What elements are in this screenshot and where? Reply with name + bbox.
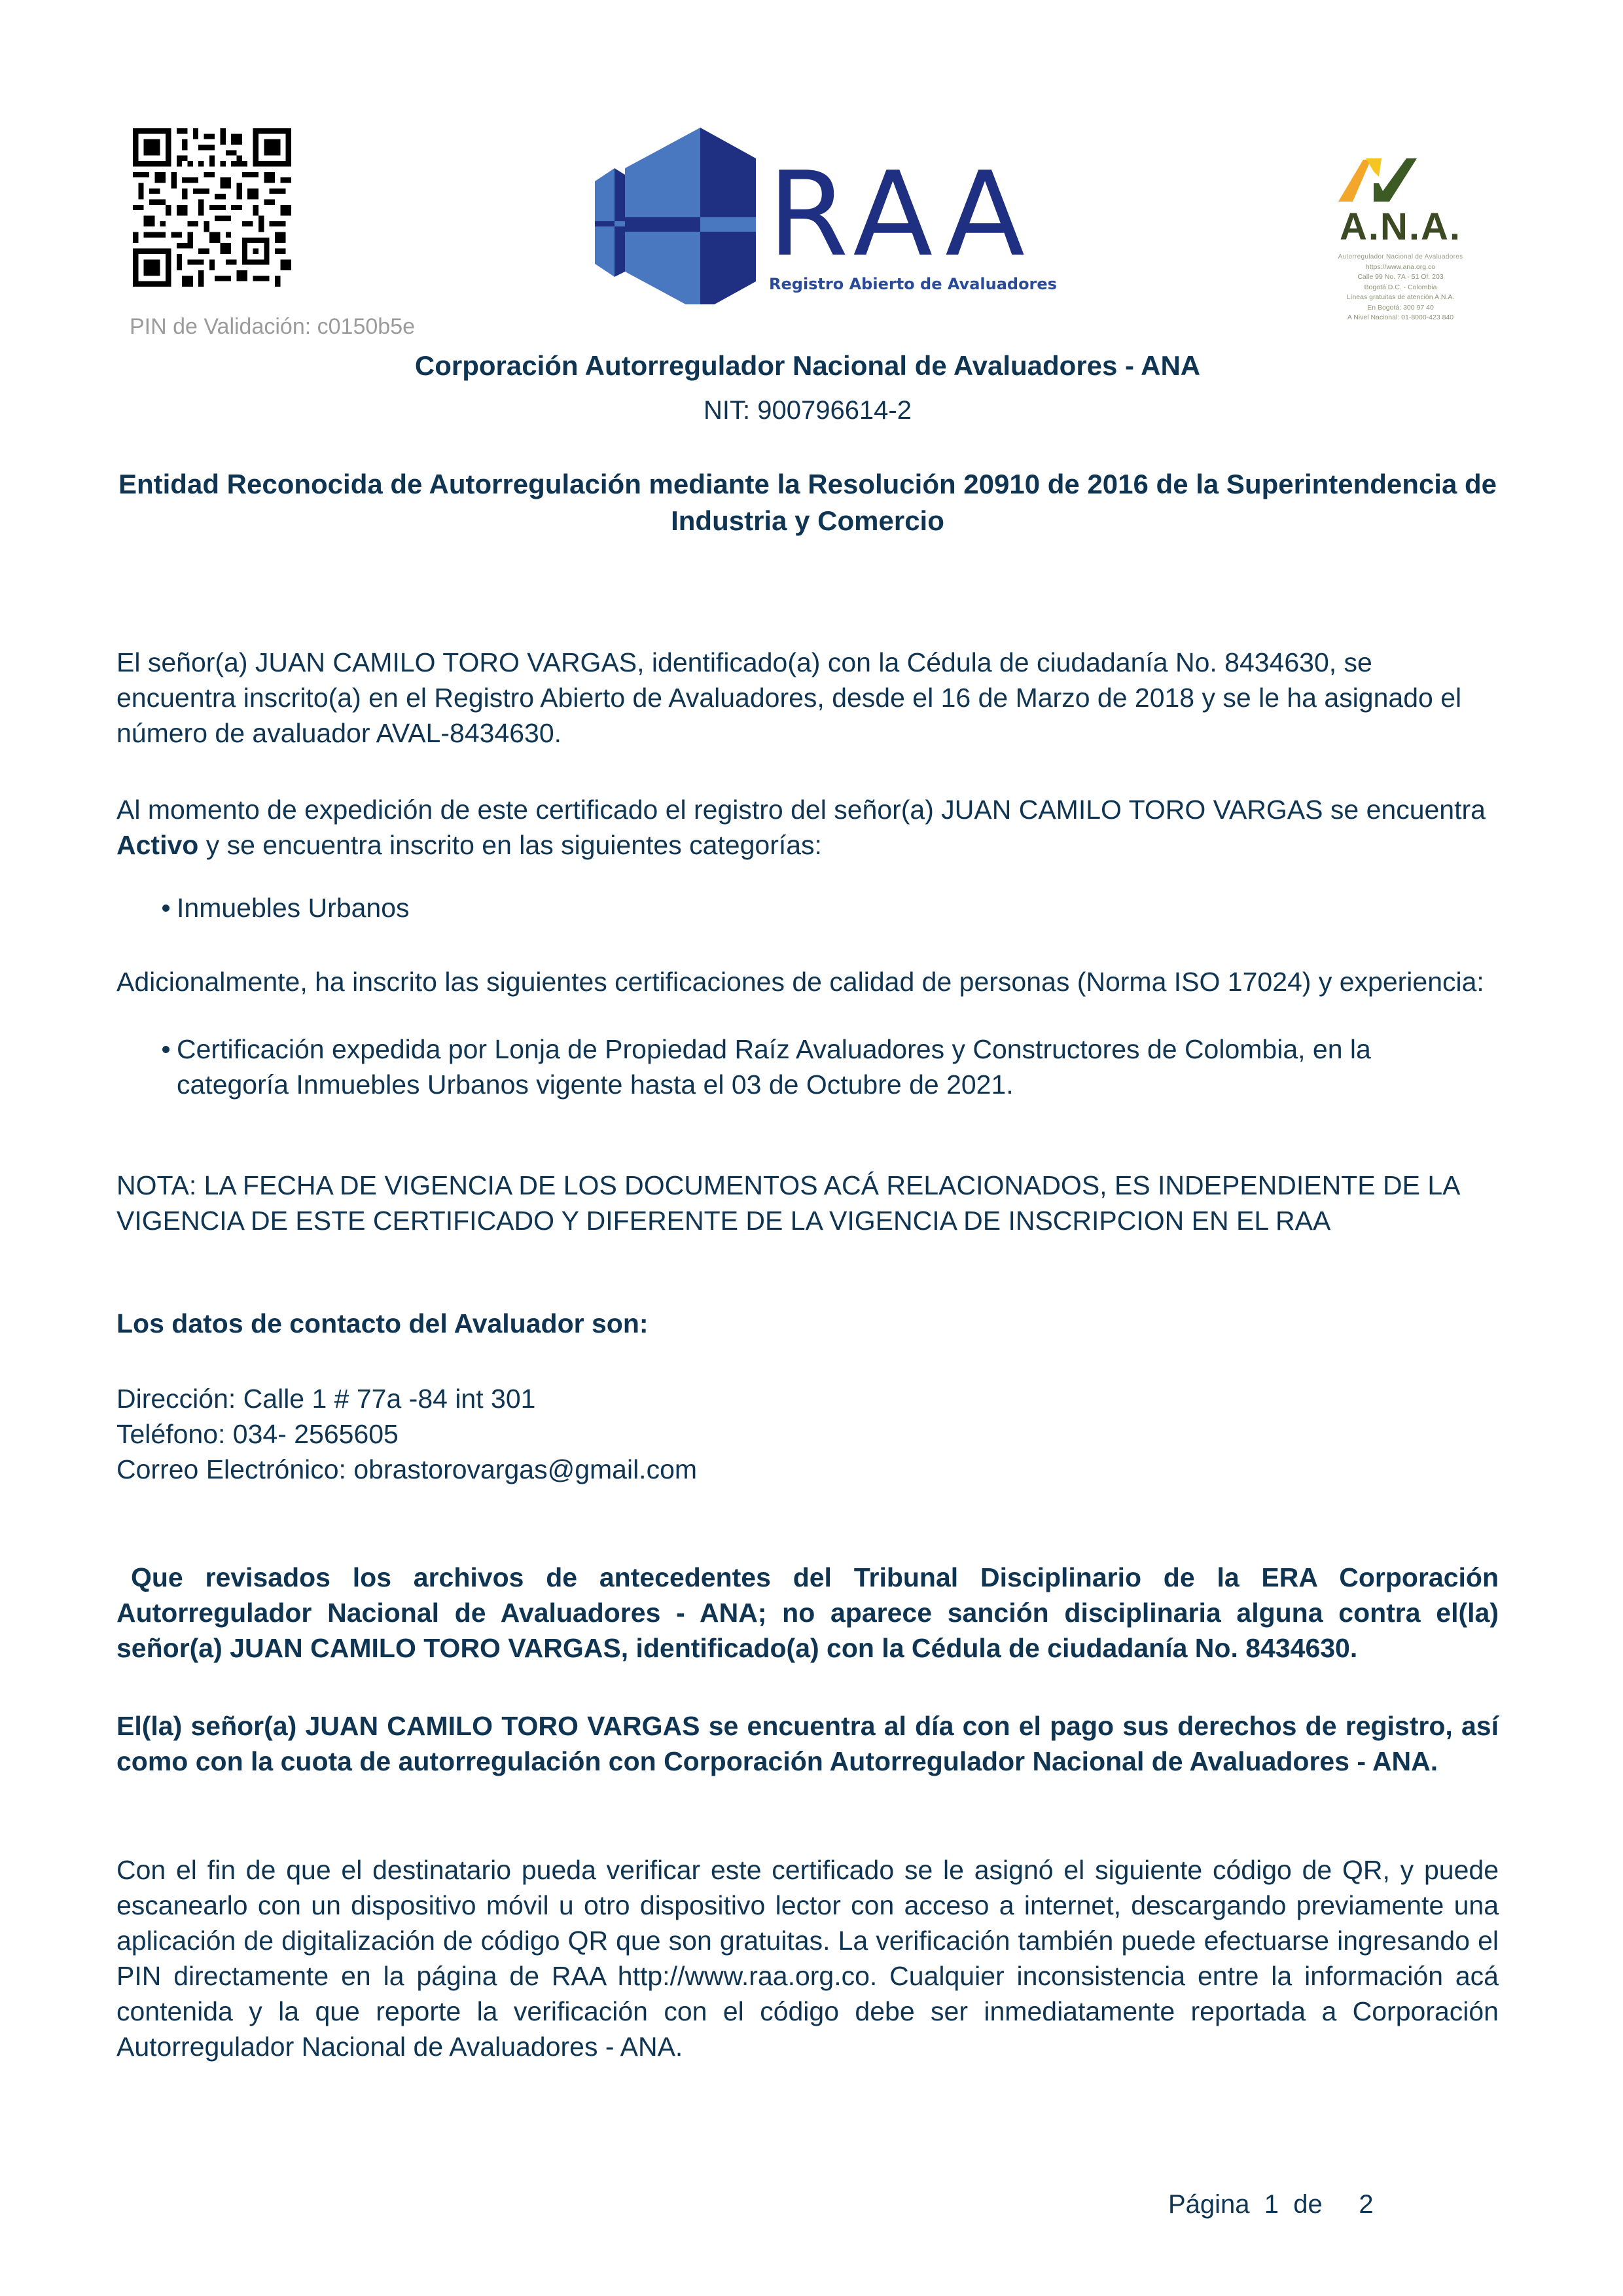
ana-line: Bogotá D.C. - Colombia — [1270, 283, 1531, 293]
ana-line: Líneas gratuitas de atención A.N.A. — [1270, 293, 1531, 303]
ana-line: A Nivel Nacional: 01-8000-423 840 — [1270, 313, 1531, 323]
certifications-intro: Adicionalmente, ha inscrito las siguient… — [116, 964, 1499, 999]
page-current: 1 — [1264, 2190, 1279, 2219]
page-total: 2 — [1359, 2190, 1373, 2219]
contact-email: Correo Electrónico: obrastorovargas@gmai… — [116, 1452, 1499, 1487]
ana-contact-block: Autorregulador Nacional de Avaluadores h… — [1270, 252, 1531, 323]
ana-line: https://www.ana.org.co — [1270, 262, 1531, 273]
raa-letters: RAA — [768, 162, 1034, 267]
contact-address: Dirección: Calle 1 # 77a -84 int 301 — [116, 1381, 1499, 1416]
contact-block: Dirección: Calle 1 # 77a -84 int 301 Tel… — [116, 1381, 1499, 1487]
contact-phone: Teléfono: 034- 2565605 — [116, 1416, 1499, 1452]
status-suffix: y se encuentra inscrito en las siguiente… — [198, 830, 822, 860]
page-label: Página — [1168, 2190, 1250, 2219]
validation-pin: PIN de Validación: c0150b5e — [130, 314, 415, 340]
category-item: Inmuebles Urbanos — [177, 890, 1453, 925]
organization-title: Corporación Autorregulador Nacional de A… — [116, 348, 1499, 384]
disciplinary-statement: Que revisados los archivos de antecedent… — [116, 1560, 1499, 1666]
status-prefix: Al momento de expedición de este certifi… — [116, 795, 1486, 825]
recognition-statement: Entidad Reconocida de Autorregulación me… — [116, 466, 1499, 539]
verification-paragraph: Con el fin de que el destinatario pueda … — [116, 1852, 1499, 2064]
registration-paragraph: El señor(a) JUAN CAMILO TORO VARGAS, ide… — [116, 645, 1499, 751]
status-value: Activo — [116, 830, 198, 860]
ana-line: En Bogotá: 300 97 40 — [1270, 303, 1531, 314]
validity-note: NOTA: LA FECHA DE VIGENCIA DE LOS DOCUME… — [116, 1168, 1499, 1238]
ana-chevron-icon — [1338, 157, 1417, 203]
ana-logo: A.N.A. Autorregulador Nacional de Avalua… — [1270, 154, 1531, 331]
ana-line: Calle 99 No. 7A - 51 Of. 203 — [1270, 272, 1531, 283]
page-of: de — [1293, 2190, 1323, 2219]
status-paragraph: Al momento de expedición de este certifi… — [116, 792, 1499, 863]
ana-tagline: Autorregulador Nacional de Avaluadores — [1270, 252, 1531, 262]
contact-heading: Los datos de contacto del Avaluador son: — [116, 1306, 1499, 1341]
raa-logo: RAA Registro Abierto de Avaluadores — [592, 124, 1057, 304]
organization-nit: NIT: 900796614-2 — [116, 393, 1499, 428]
raa-subtitle: Registro Abierto de Avaluadores — [769, 275, 1057, 293]
page-indicator: Página 1 de 2 — [1168, 2190, 1374, 2219]
payment-statement: El(la) señor(a) JUAN CAMILO TORO VARGAS … — [116, 1708, 1499, 1779]
qr-code-icon — [133, 128, 291, 287]
certification-item: Certificación expedida por Lonja de Prop… — [177, 1031, 1420, 1102]
ana-wordmark: A.N.A. — [1270, 205, 1531, 249]
